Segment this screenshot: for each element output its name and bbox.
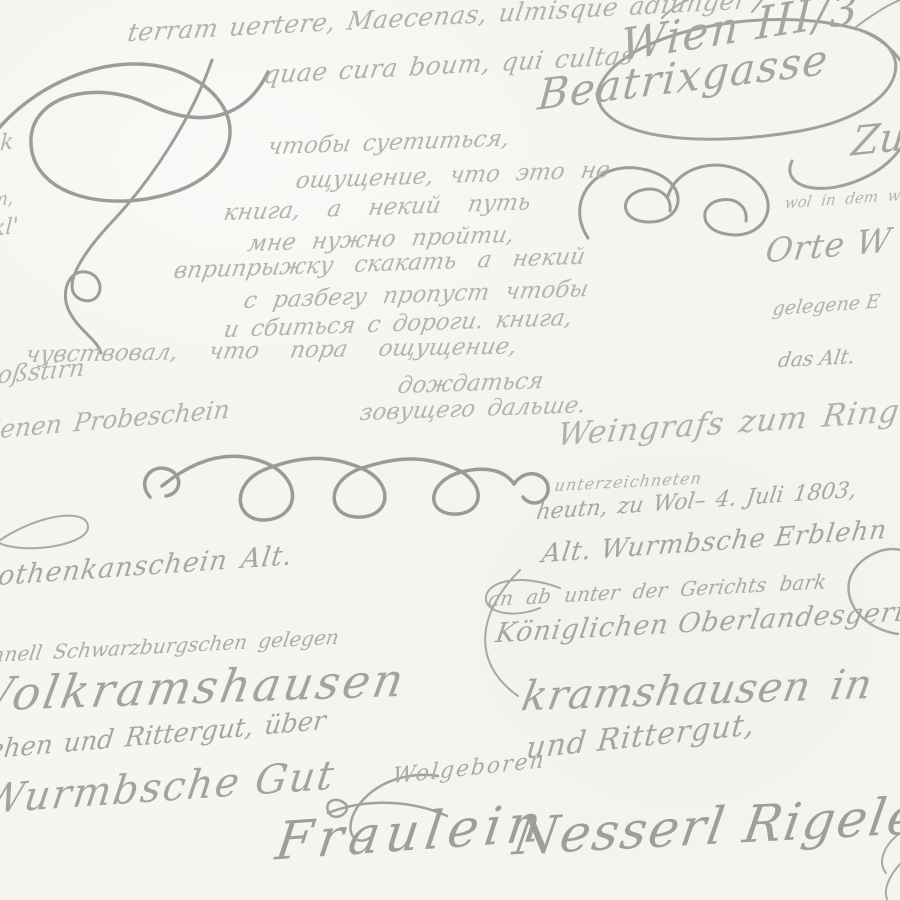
fragment-zu: Zu (850, 116, 900, 162)
signature-nesserl-rigele: Nesserl Rigele (510, 791, 900, 864)
wallpaper-canvas: terram uertere, Maecenas, ulmisque adiun… (0, 0, 900, 900)
fragment-probeschein: denen Probeschein (0, 397, 231, 444)
german-wolkramshausen: Wolkramshausen (0, 657, 410, 719)
german-erblehn: Alt. Wurmbsche Erblehn (540, 517, 889, 567)
fragment-orte-w: Orte W (764, 223, 894, 267)
german-gothenschein: gothenkanschein Alt. (0, 542, 295, 591)
fragment-grossstirn: roßstirn (0, 355, 86, 388)
fragment-lkl: lkl' (0, 215, 19, 242)
fragment-das-alt: das Alt. (777, 346, 857, 370)
signature-fraulein: Fraulein (273, 797, 551, 869)
russian-line-2: ощущение, что это не (294, 159, 612, 193)
german-weingraf: Weingrafs zum Ring (556, 396, 900, 451)
russian-line-1: чтобы суетиться, (266, 128, 511, 160)
fragment-wol-in-dem: wol in dem w (784, 188, 900, 211)
russian-line-3: книга, а некий путь (222, 191, 533, 225)
script-layer: terram uertere, Maecenas, ulmisque adiun… (0, 0, 900, 900)
russian-line-10: зовущего дальше. (358, 394, 588, 425)
german-wolgeboren: Wolgeboren (392, 750, 547, 788)
fragment-m: m, (0, 190, 15, 211)
german-kramshausen: kramshausen in (519, 664, 876, 718)
russian-line-8: чувствовал, что пора ощущение, (24, 335, 519, 367)
fragment-gelegene: gelegene E (771, 292, 881, 319)
fragment-ik: ik (0, 131, 14, 156)
